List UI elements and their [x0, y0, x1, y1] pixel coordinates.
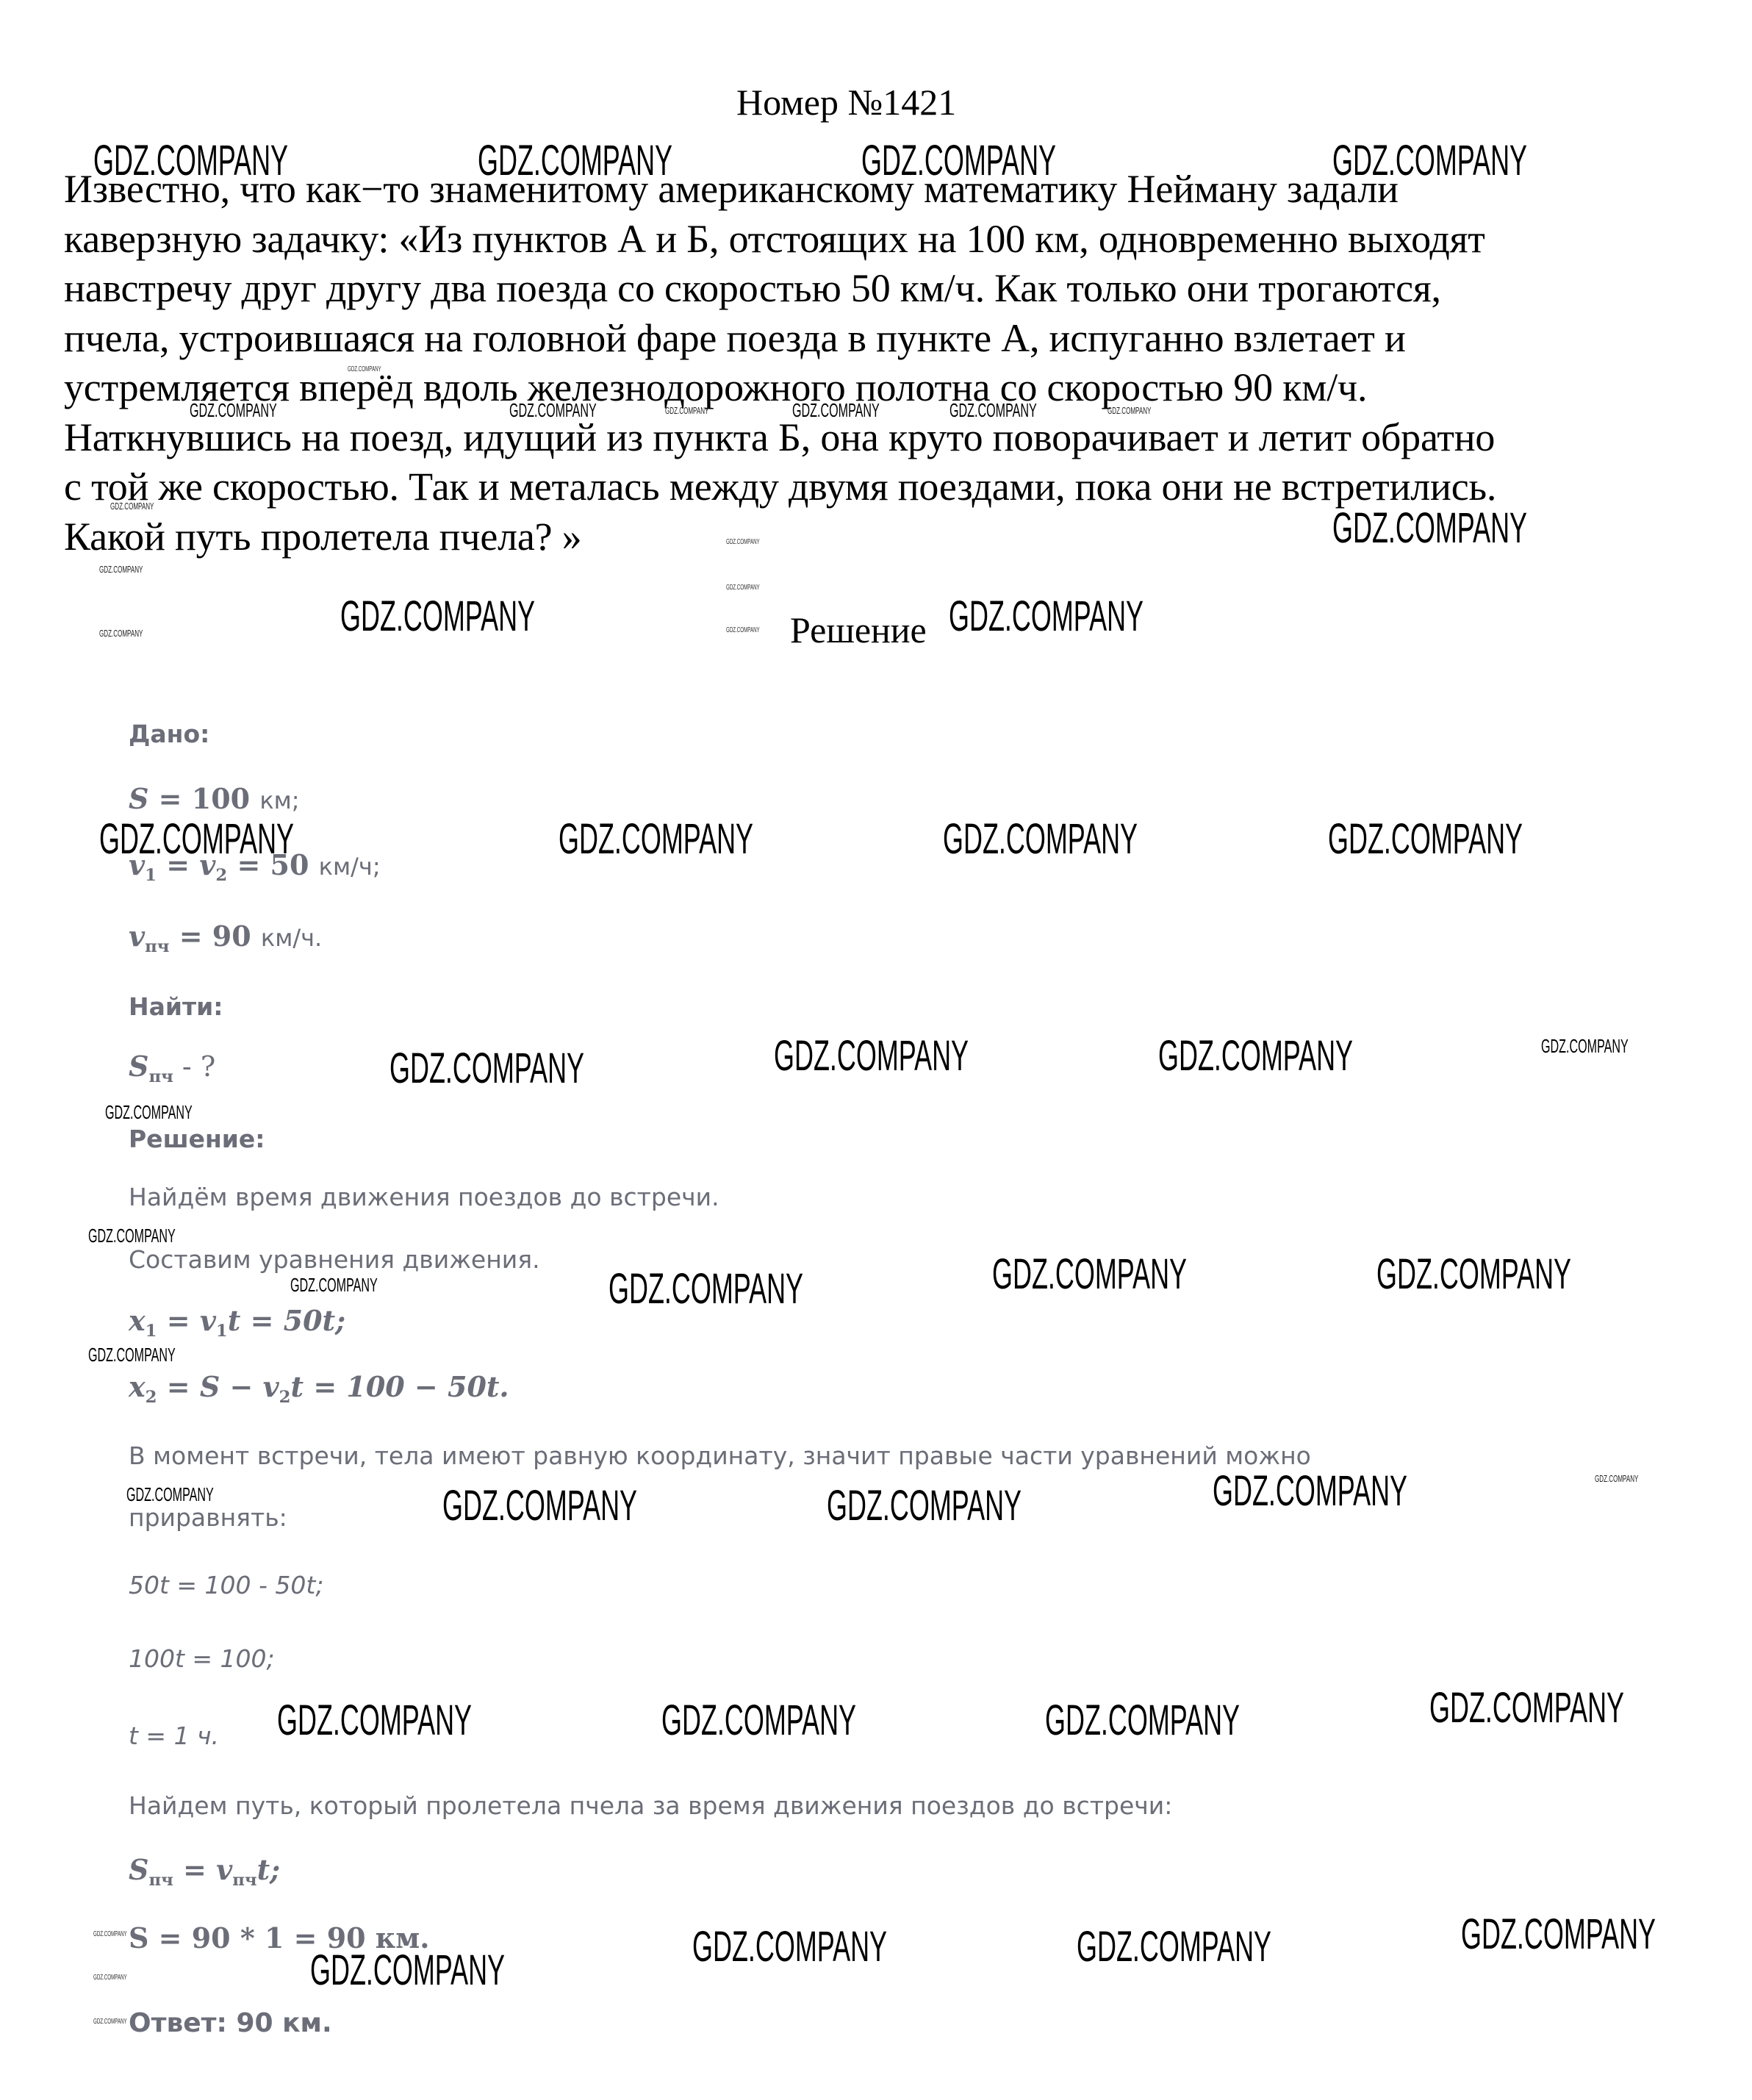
watermark: GDZ.COMPANY — [348, 366, 381, 373]
watermark: GDZ.COMPANY — [1213, 1470, 1407, 1513]
watermark: GDZ.COMPANY — [1376, 1253, 1571, 1296]
watermark: GDZ.COMPANY — [442, 1485, 637, 1527]
watermark: GDZ.COMPANY — [949, 595, 1144, 638]
watermark: GDZ.COMPANY — [88, 1226, 176, 1245]
given-bee-speed: vпч = 90 км/ч. — [129, 922, 322, 956]
watermark: GDZ.COMPANY — [1328, 818, 1523, 861]
equation-c: t = 1 ч. — [129, 1724, 219, 1748]
watermark: GDZ.COMPANY — [726, 584, 760, 592]
watermark: GDZ.COMPANY — [1332, 140, 1527, 182]
problem-line: Какой путь пролетела пчела? » — [64, 517, 581, 556]
watermark: GDZ.COMPANY — [608, 1268, 803, 1311]
equation-b: 100t = 100; — [129, 1646, 275, 1671]
watermark: GDZ.COMPANY — [93, 140, 288, 182]
watermark: GDZ.COMPANY — [1077, 1926, 1271, 1968]
find-value: Sпч - ? — [129, 1053, 215, 1086]
watermark: GDZ.COMPANY — [1332, 507, 1527, 550]
equation-x1: x1 = v1t = 50t; — [129, 1307, 345, 1340]
watermark: GDZ.COMPANY — [559, 818, 753, 861]
watermark: GDZ.COMPANY — [110, 501, 154, 511]
given-distance: S = 100 км; — [129, 785, 300, 813]
watermark: GDZ.COMPANY — [190, 401, 277, 420]
watermark: GDZ.COMPANY — [509, 401, 597, 420]
watermark: GDZ.COMPANY — [992, 1253, 1187, 1296]
watermark: GDZ.COMPANY — [88, 1345, 176, 1364]
equation-bee-path: Sпч = vпчt; — [129, 1856, 280, 1889]
watermark: GDZ.COMPANY — [99, 818, 294, 861]
watermark: GDZ.COMPANY — [792, 401, 880, 420]
given-label: Дано: — [129, 722, 209, 746]
watermark: GDZ.COMPANY — [310, 1949, 505, 1992]
watermark: GDZ.COMPANY — [661, 1699, 856, 1742]
problem-line: каверзную задачку: «Из пунктов А и Б, от… — [64, 219, 1485, 259]
problem-line: навстречу друг другу два поезда со скоро… — [64, 268, 1441, 308]
watermark: GDZ.COMPANY — [93, 1974, 127, 1982]
watermark: GDZ.COMPANY — [726, 539, 760, 546]
page-title: Номер №1421 — [736, 84, 956, 121]
watermark: GDZ.COMPANY — [1158, 1035, 1353, 1078]
watermark: GDZ.COMPANY — [389, 1047, 584, 1090]
watermark: GDZ.COMPANY — [943, 818, 1138, 861]
step-bee-path: Найдем путь, который пролетела пчела за … — [129, 1793, 1172, 1818]
watermark: GDZ.COMPANY — [290, 1275, 378, 1294]
watermark: GDZ.COMPANY — [1045, 1699, 1240, 1742]
answer: Ответ: 90 км. — [129, 2010, 332, 2037]
find-label: Найти: — [129, 995, 223, 1019]
step-equations: Составим уравнения движения. — [129, 1247, 540, 1272]
problem-line: Наткнувшись на поезд, идущий из пункта Б… — [64, 418, 1495, 457]
watermark: GDZ.COMPANY — [692, 1926, 887, 1968]
watermark: GDZ.COMPANY — [1461, 1913, 1656, 1956]
watermark: GDZ.COMPANY — [827, 1485, 1022, 1527]
watermark: GDZ.COMPANY — [861, 140, 1056, 182]
watermark: GDZ.COMPANY — [726, 627, 760, 634]
step-meeting-line1: В момент встречи, тела имеют равную коор… — [129, 1444, 1311, 1468]
watermark: GDZ.COMPANY — [1541, 1036, 1629, 1056]
step-find-time: Найдём время движения поездов до встречи… — [129, 1185, 719, 1209]
watermark: GDZ.COMPANY — [478, 140, 672, 182]
watermark: GDZ.COMPANY — [340, 595, 535, 638]
watermark: GDZ.COMPANY — [99, 565, 143, 574]
step-meeting-line2: приравнять: — [129, 1505, 287, 1530]
watermark: GDZ.COMPANY — [1107, 406, 1151, 415]
problem-line: с той же скоростью. Так и металась между… — [64, 467, 1496, 506]
watermark: GDZ.COMPANY — [1429, 1687, 1624, 1730]
watermark: GDZ.COMPANY — [1595, 1474, 1638, 1483]
solution-heading: Решение — [790, 612, 927, 648]
equation-a: 50t = 100 - 50t; — [129, 1573, 323, 1597]
watermark: GDZ.COMPANY — [949, 401, 1037, 420]
watermark: GDZ.COMPANY — [277, 1699, 472, 1742]
watermark: GDZ.COMPANY — [99, 628, 143, 638]
watermark: GDZ.COMPANY — [774, 1035, 969, 1078]
watermark: GDZ.COMPANY — [93, 2018, 127, 2026]
watermark: GDZ.COMPANY — [93, 1931, 127, 1938]
equation-x2: x2 = S − v2t = 100 − 50t. — [129, 1373, 509, 1406]
problem-line: пчела, устроившаяся на головной фаре пое… — [64, 318, 1406, 358]
watermark: GDZ.COMPANY — [126, 1485, 214, 1504]
watermark: GDZ.COMPANY — [105, 1103, 193, 1122]
solution-label: Решение: — [129, 1127, 265, 1151]
watermark: GDZ.COMPANY — [665, 406, 708, 415]
